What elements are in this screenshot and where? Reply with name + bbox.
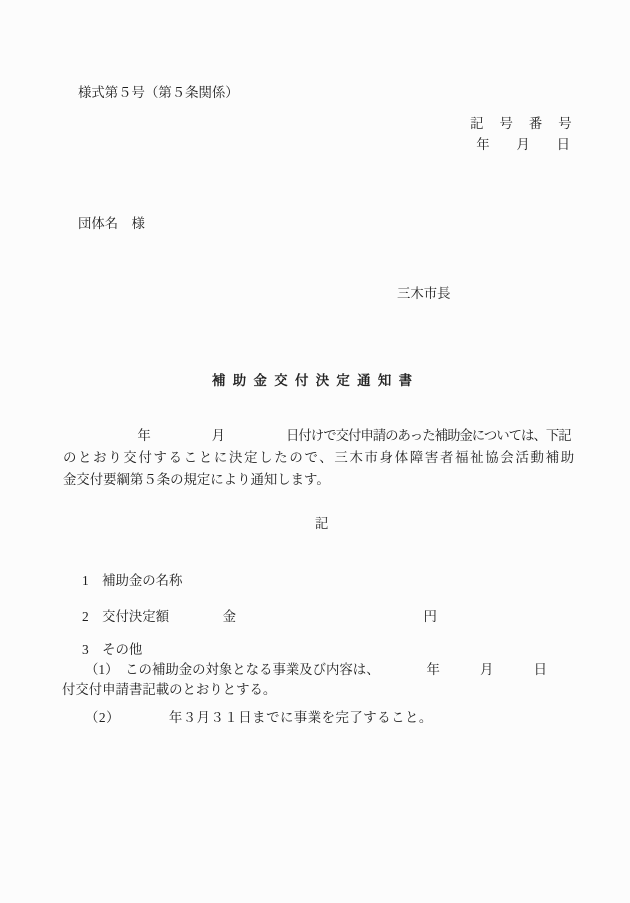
record-marker: 記	[315, 516, 328, 533]
addressee-line: 団体名 様	[78, 216, 145, 233]
body-paragraph-line-1: 年 月 日付けで交付申請のあった補助金については、下記	[63, 428, 571, 445]
list-item-3-2-line: （2） 年３月３１日までに事業を完了すること。	[85, 710, 433, 727]
list-item-2-grant-amount: 2 交付決定額 金 円	[82, 609, 437, 626]
body-paragraph-line-2: のとおり交付することに決定したので、三木市身体障害者福祉協会活動補助	[63, 450, 576, 467]
form-number-label: 様式第５号（第５条関係）	[78, 85, 239, 102]
sender-name: 三木市長	[397, 286, 451, 303]
document-title: 補 助 金 交 付 決 定 通 知 書	[212, 373, 414, 390]
list-item-3-1-line-1: （1） この補助金の対象となる事業及び内容は、 年 月 日	[85, 662, 547, 679]
list-item-3-1-line-2: 付交付申請書記載のとおりとする。	[62, 682, 276, 699]
date-line: 年 月 日	[476, 137, 570, 154]
list-item-1-subsidy-name: 1 補助金の名称	[82, 573, 182, 590]
reference-number-line: 記 号 番 号	[470, 116, 573, 133]
body-paragraph-line-3: 金交付要綱第５条の規定により通知します。	[63, 472, 330, 489]
list-item-3-other-heading: 3 その他	[82, 642, 142, 659]
document-page: 様式第５号（第５条関係） 記 号 番 号 年 月 日 団体名 様 三木市長 補 …	[0, 0, 630, 903]
